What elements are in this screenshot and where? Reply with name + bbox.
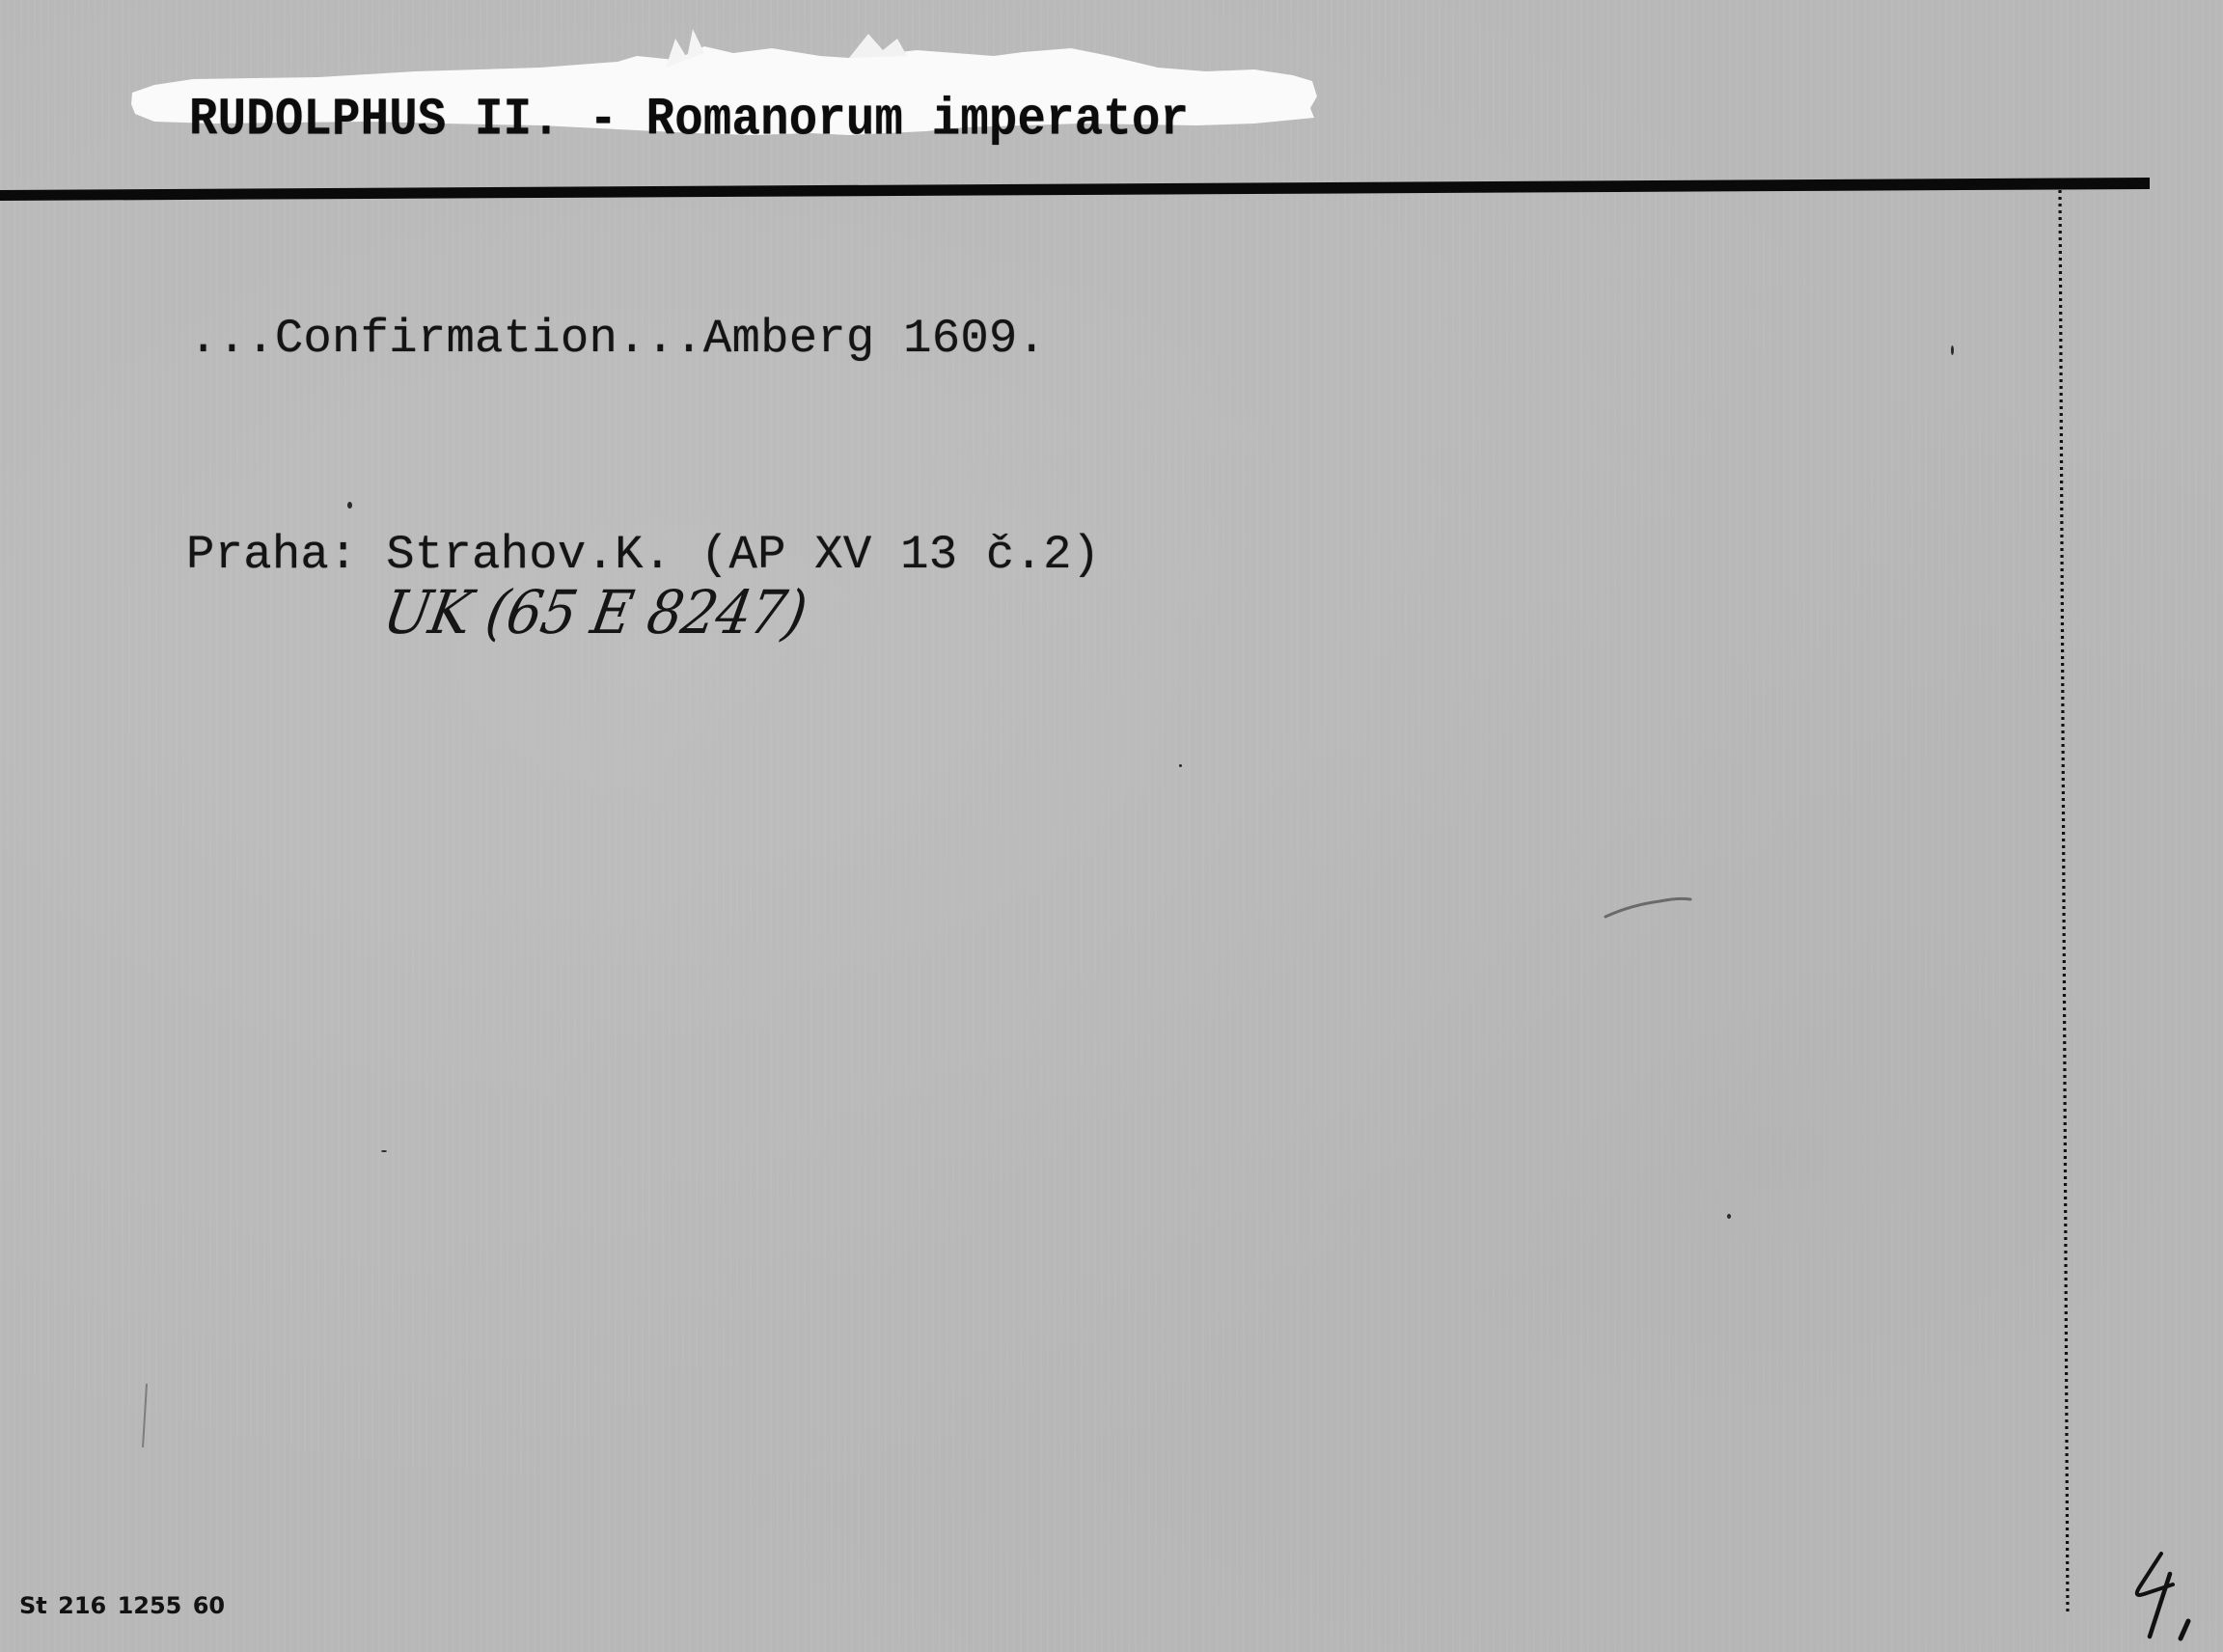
catalog-card: RUDOLPHUS II. - Romanorum imperator ...C… <box>0 0 2223 1652</box>
paper-speck <box>1951 345 1954 355</box>
paper-speck <box>381 1150 387 1152</box>
card-location-line: Praha: Strahov.K. (AP XV 13 č.2) <box>186 532 1100 579</box>
paper-speck <box>1179 764 1182 767</box>
paper-fiber-smudge <box>1602 888 1698 926</box>
paper-speck <box>1727 1214 1731 1219</box>
paper-fiber-mark <box>135 1380 154 1457</box>
card-heading: RUDOLPHUS II. - Romanorum imperator <box>189 94 1189 147</box>
card-title-line: ...Confirmation...Amberg 1609. <box>189 316 1046 363</box>
paper-speck <box>347 502 352 509</box>
handwritten-call-number: UK (65 E 8247) <box>379 583 810 643</box>
print-code: St 216 1255 60 <box>19 1594 225 1617</box>
handwritten-card-number: 4, <box>2123 1542 2200 1648</box>
